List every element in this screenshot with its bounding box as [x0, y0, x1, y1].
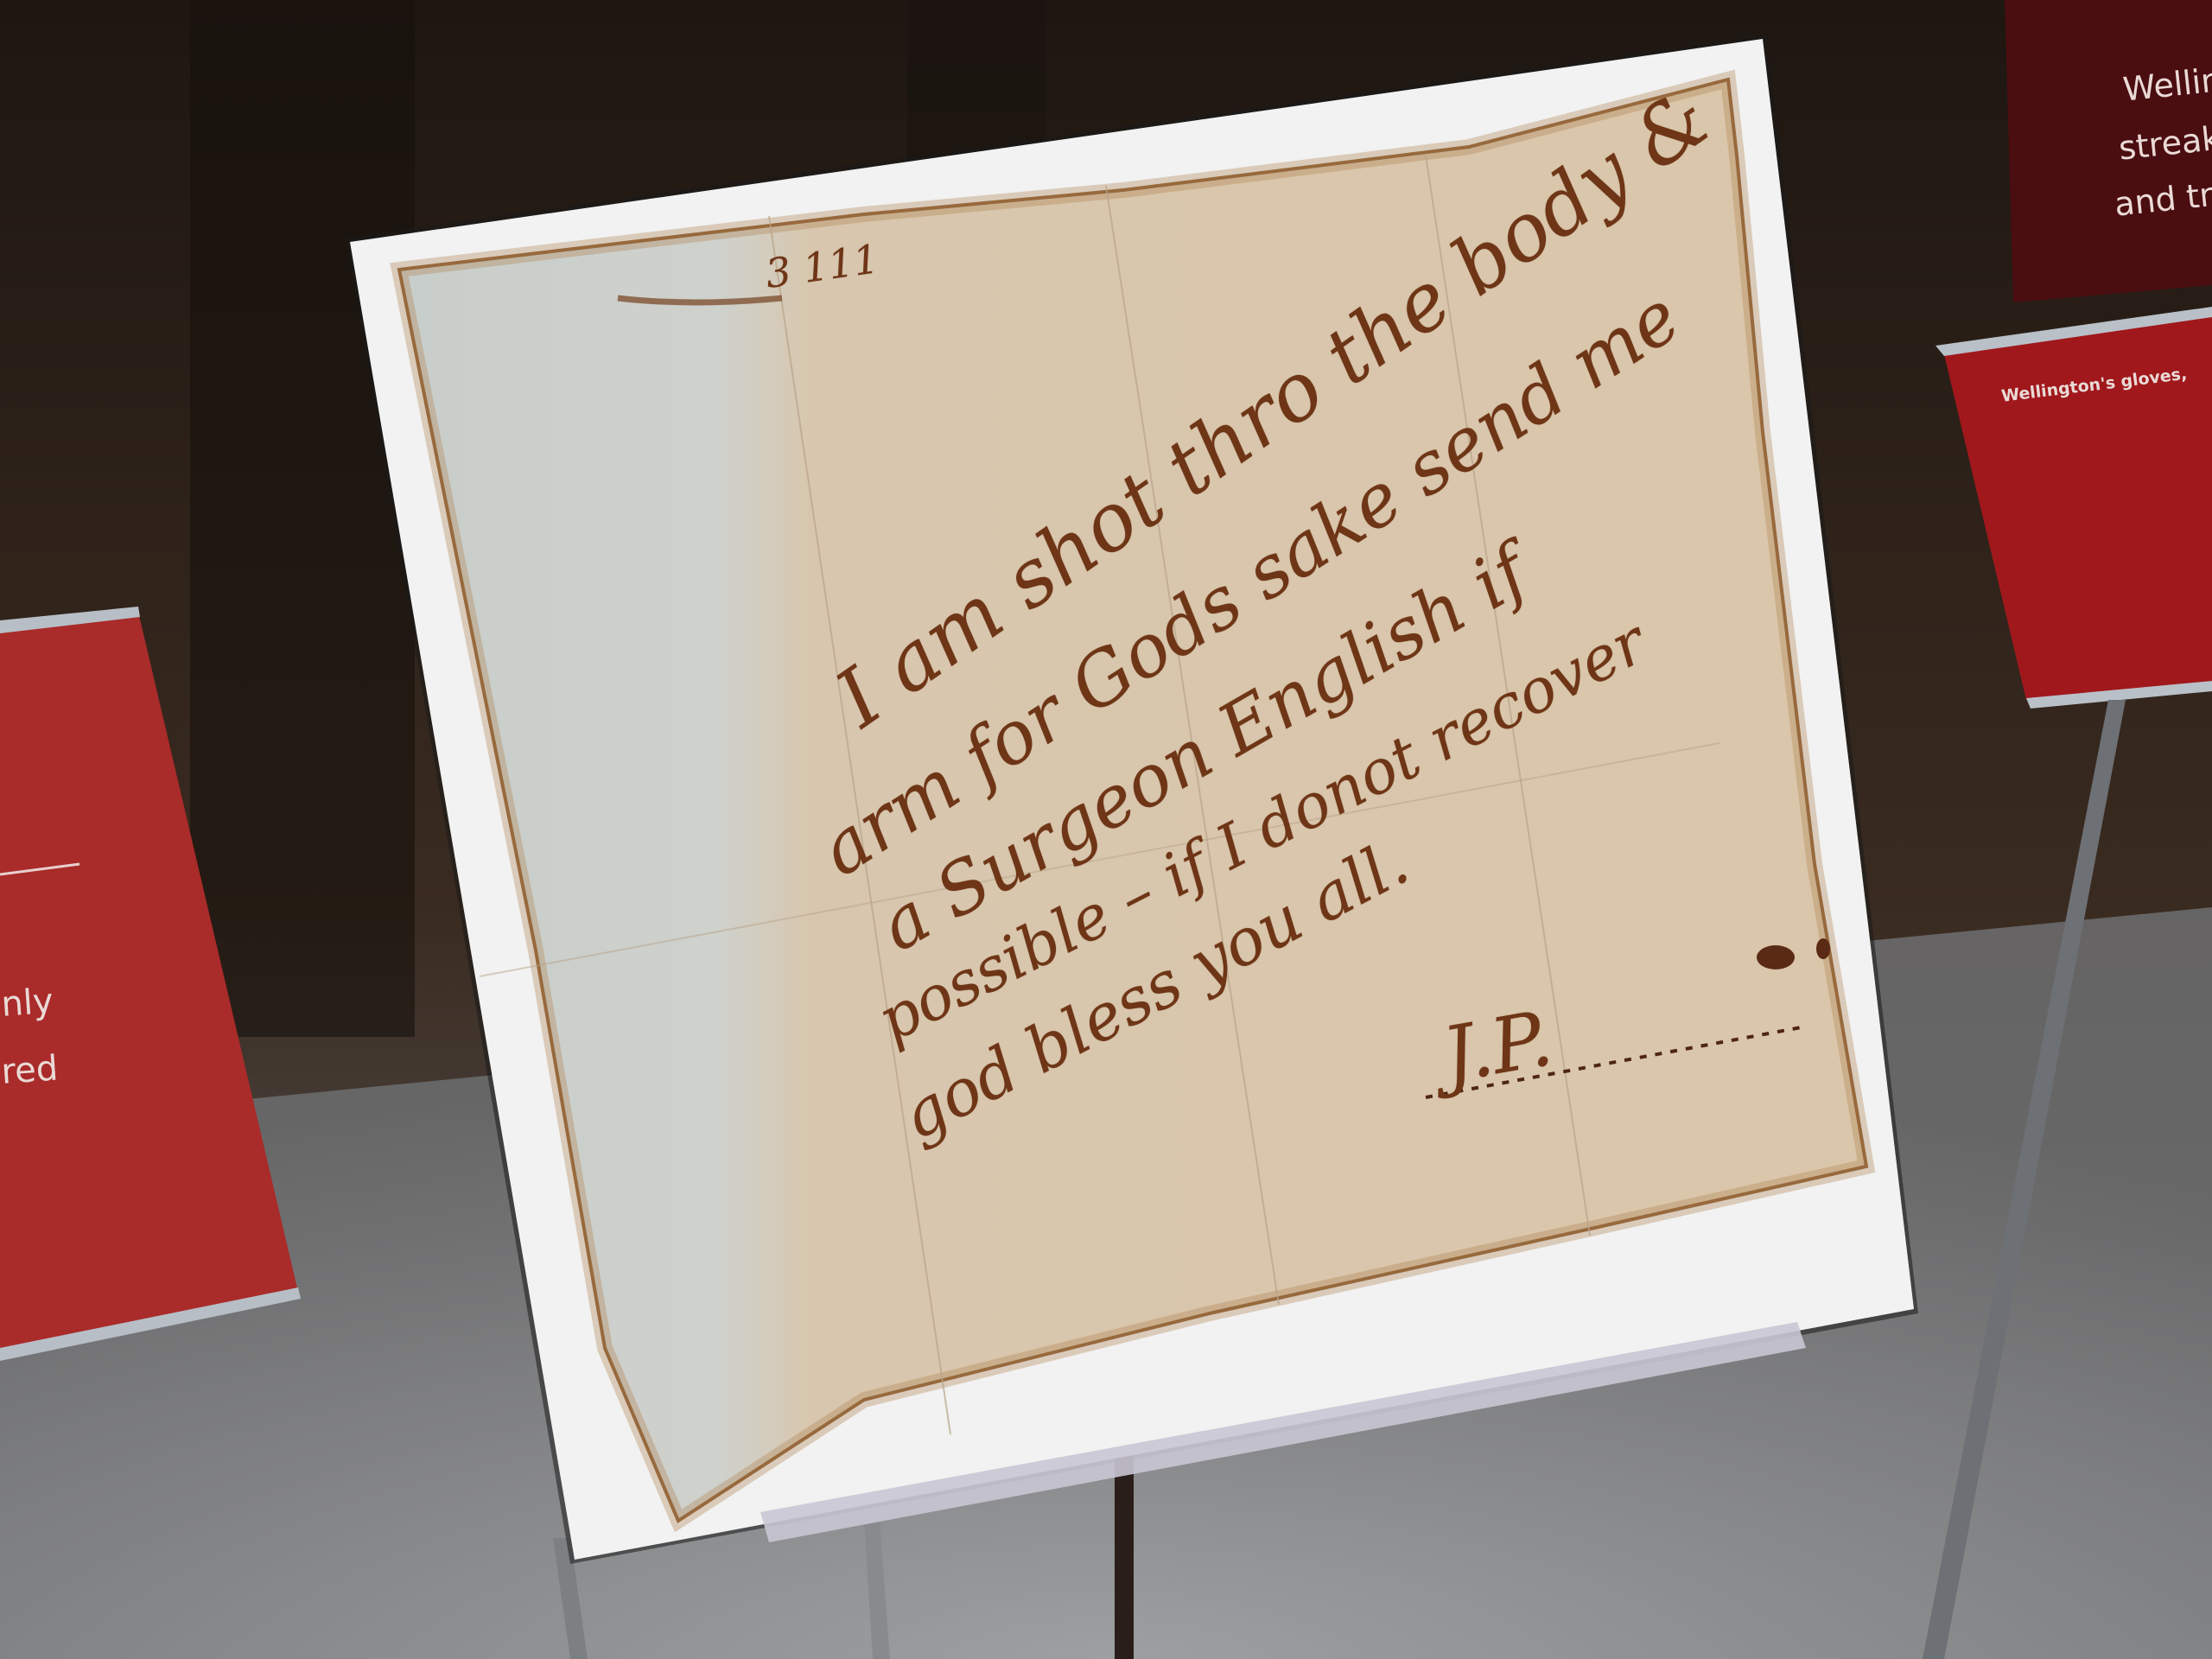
- left-label-text-line-1: nly: [0, 982, 54, 1025]
- letter-signature: J.P.: [1436, 994, 1559, 1100]
- left-label-text-line-2: red: [0, 1048, 60, 1091]
- museum-scene: 3 111 I am shot thro the body & arm for …: [0, 0, 2212, 1659]
